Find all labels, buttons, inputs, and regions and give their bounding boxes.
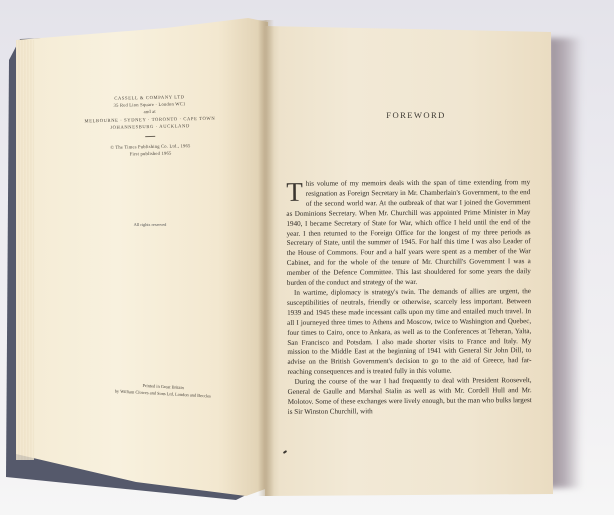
paragraph: During the course of the war I had frequ… — [288, 376, 532, 417]
book-shadow — [548, 38, 582, 488]
foreword-body: This volume of my memoirs deals with the… — [286, 178, 532, 417]
page-title: FOREWORD — [290, 110, 542, 120]
paragraph: In wartime, diplomacy is strategy's twin… — [287, 287, 532, 378]
divider — [145, 136, 155, 137]
left-page — [16, 18, 268, 496]
paragraph: This volume of my memoirs deals with the… — [286, 178, 531, 289]
drop-cap: T — [286, 181, 303, 203]
left-page-edges — [16, 40, 34, 460]
rights-reserved: All rights reserved — [70, 222, 230, 227]
imprint-block: CASSELL & COMPANY LTD 35 Red Lion Square… — [69, 92, 230, 159]
book-gutter — [258, 20, 274, 496]
